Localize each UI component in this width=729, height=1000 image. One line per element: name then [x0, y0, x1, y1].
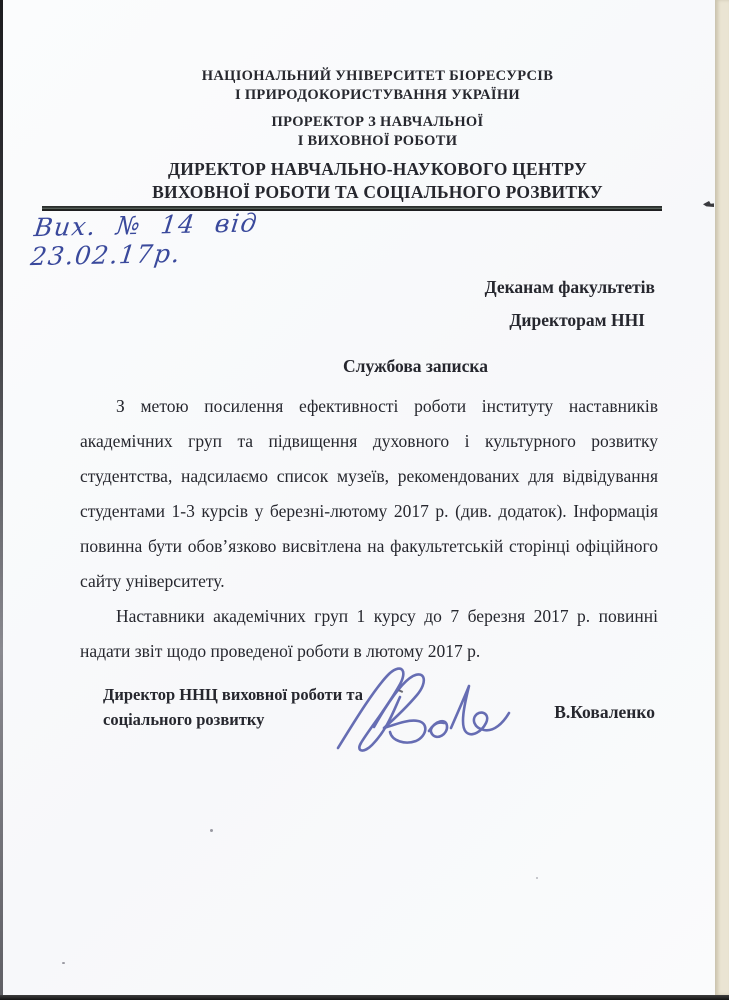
scan-speck: [210, 829, 213, 832]
recipient-nni-directors: Директорам ННІ: [485, 304, 655, 337]
university-name-line1: НАЦІОНАЛЬНИЙ УНІВЕРСИТЕТ БІОРЕСУРСІВ: [40, 67, 715, 86]
university-name: НАЦІОНАЛЬНИЙ УНІВЕРСИТЕТ БІОРЕСУРСІВ І П…: [40, 67, 715, 105]
scan-speck: [536, 877, 538, 879]
memo-body: З метою посилення ефективності роботи ін…: [80, 389, 658, 669]
handwritten-registration-number: Вих. № 14 від 23.02.17р.: [29, 206, 356, 271]
recipients-block: Деканам факультетів Директорам ННІ: [485, 271, 655, 337]
director-heading-line1: ДИРЕКТОР НАВЧАЛЬНО-НАУКОВОГО ЦЕНТРУ: [40, 158, 715, 181]
signature-scrawl: [332, 664, 512, 761]
scan-speck: [62, 962, 65, 964]
scan-edge-right-band: [715, 0, 729, 995]
signer-position: Директор ННЦ виховної роботи та соціальн…: [103, 682, 363, 732]
memo-title: Службова записка: [128, 356, 703, 377]
signer-position-line1: Директор ННЦ виховної роботи та: [103, 682, 363, 707]
director-center-heading: ДИРЕКТОР НАВЧАЛЬНО-НАУКОВОГО ЦЕНТРУ ВИХО…: [40, 158, 715, 204]
scan-edge-left: [0, 0, 3, 1000]
scanned-document: НАЦІОНАЛЬНИЙ УНІВЕРСИТЕТ БІОРЕСУРСІВ І П…: [0, 0, 729, 1000]
memo-paragraph-1: З метою посилення ефективності роботи ін…: [80, 389, 658, 599]
vice-rector-line1: ПРОРЕКТОР З НАВЧАЛЬНОЇ: [40, 113, 715, 132]
recipient-deans: Деканам факультетів: [485, 271, 655, 304]
vice-rector-line2: І ВИХОВНОЇ РОБОТИ: [40, 132, 715, 151]
signer-position-line2: соціального розвитку: [103, 707, 363, 732]
vice-rector-office: ПРОРЕКТОР З НАВЧАЛЬНОЇ І ВИХОВНОЇ РОБОТИ: [40, 113, 715, 151]
memo-paragraph-2: Наставники академічних груп 1 курсу до 7…: [80, 599, 658, 669]
signer-name: В.Коваленко: [554, 702, 655, 723]
director-heading-line2: ВИХОВНОЇ РОБОТИ ТА СОЦІАЛЬНОГО РОЗВИТКУ: [40, 181, 715, 204]
scan-edge-bottom: [0, 995, 729, 1000]
university-name-line2: І ПРИРОДОКОРИСТУВАННЯ УКРАЇНИ: [40, 86, 715, 105]
